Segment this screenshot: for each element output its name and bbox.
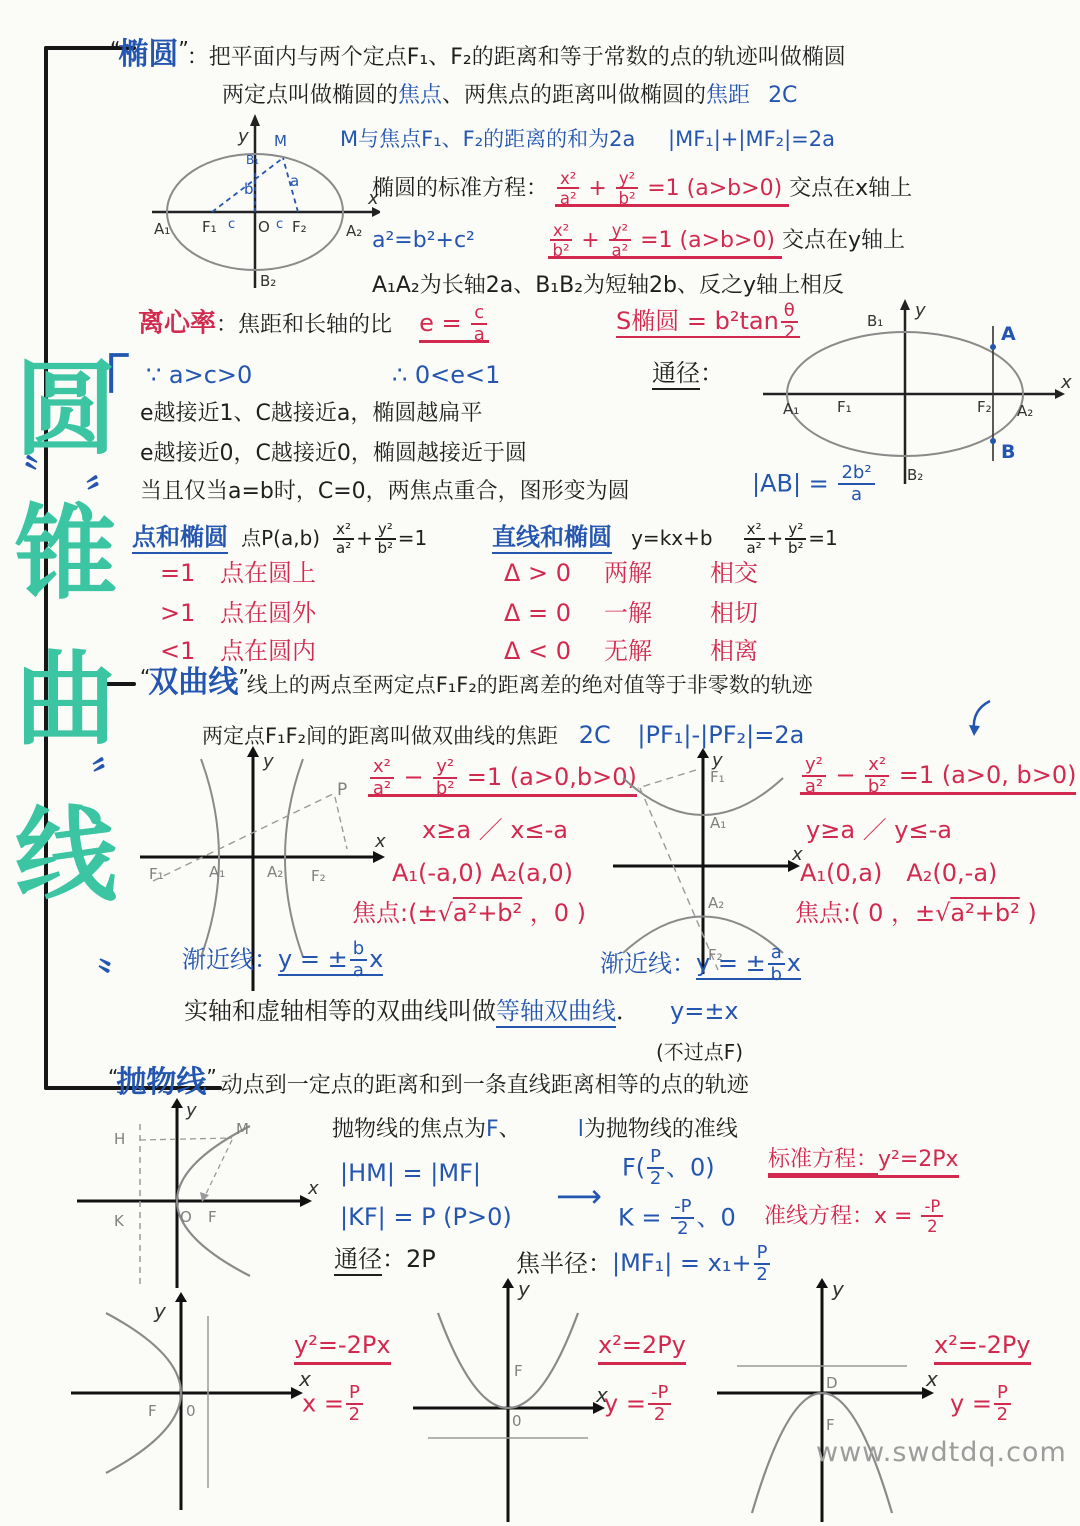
point-label-f: F [208, 1208, 217, 1226]
k-coordinates: K = -P2、0 [618, 1198, 736, 1239]
radicand: a²+b² [453, 899, 522, 927]
point-ellipse-row: <1点在圆内 [160, 636, 316, 666]
fraction: y²b² [433, 758, 457, 799]
m-text: M与焦点F₁、F₂的距离的和为2a [340, 127, 635, 151]
latus-colon: ： [700, 359, 724, 387]
discriminant: Δ = 0 [504, 598, 604, 628]
hyperbola-right-asymptote: 渐近线：y = ±abx [600, 944, 801, 985]
point-label-o: 0 [186, 1402, 196, 1420]
point-label-f2: F₂ [977, 398, 992, 416]
kf-eq: |KF| = P (P>0) [340, 1202, 512, 1232]
f-pre: F( [622, 1153, 645, 1181]
condition: =1 [160, 558, 220, 588]
segment-label-c1: c [228, 217, 235, 232]
line-ellipse-header: 直线和椭圆 y=kx+b x²a²+y²b²=1 [492, 522, 838, 557]
fraction: P2 [346, 1384, 363, 1425]
point-ellipse-header: 点和椭圆 点P(a,b) x²a²+y²b²=1 [132, 522, 427, 557]
condition: (a>b>0) [680, 228, 775, 253]
title-char-qu: 曲 [6, 650, 126, 752]
denominator: 2 [677, 1219, 688, 1239]
numerator: -P [921, 1198, 943, 1217]
point-label-a: A [1001, 323, 1016, 345]
directrix-label: 准线方程： [764, 1204, 874, 1229]
e-range-since: ∵ a>c>0 [146, 360, 252, 390]
asym-lhs: y = ± [696, 949, 766, 977]
hyperbola-left-eq: x²a² − y²b² =1 (a>0,b>0) [368, 758, 637, 799]
fraction: y²b² [785, 522, 806, 557]
hyperbola-left-asymptote: 渐近线：y = ±bax [182, 940, 383, 981]
eccentricity-formula: e = ca [419, 309, 489, 343]
denominator: b² [788, 540, 804, 557]
point-label-a1: A₁ [783, 400, 799, 418]
watermark: www.swdtdq.com [816, 1436, 1067, 1470]
axis-label-x: x [374, 831, 386, 852]
parabola-heading: 抛物线 [116, 1065, 206, 1100]
equal-axis-eq: y=±x [670, 997, 739, 1025]
equals-one: =1 [398, 526, 427, 550]
e-near-0-line: e越接近0，C越接近0，椭圆越接近于圆 [140, 440, 527, 468]
hyperbola-definition-1: 线上的两点至两定点F₁F₂的距离差的绝对值等于非零数的轨迹 [247, 673, 813, 697]
point-label-f: F [826, 1416, 835, 1434]
eq1-note: 交点在x轴上 [789, 176, 912, 201]
ellipse-second-eq-row: a²=b²+c² x²b² + y²a² =1 (a>b>0) 交点在y轴上 [372, 222, 905, 260]
segment-label-b: b [244, 180, 254, 198]
axis-label-y: y [711, 750, 723, 771]
left-opening-parabola-diagram: y F 0 x [66, 1288, 316, 1513]
point-label-a2: A₂ [708, 894, 724, 912]
fraction: x²a² [744, 522, 765, 557]
point-label-f: F [514, 1362, 523, 1380]
latus-rectum-diagram: B₁ A A₁ F₁ F₂ A₂ B B₂ y x [755, 296, 1075, 488]
focal-2c: 2C [579, 721, 611, 749]
e-lhs: e = [419, 309, 462, 337]
hyperbola-right-domain: y≥a ／ y≤-a [806, 815, 952, 845]
axis-label-y: y [153, 1299, 167, 1323]
equation: y²=-2Px [294, 1331, 391, 1365]
line-ellipse-eq: x²a²+y²b²=1 [742, 526, 838, 550]
solutions: 一解 [604, 598, 710, 628]
equals-one: =1 [647, 176, 679, 201]
curved-arrow-icon [962, 698, 996, 738]
fraction: ca [471, 304, 487, 345]
condition: (a>b>0) [687, 176, 782, 201]
asym-x: x [369, 945, 383, 973]
quote-close: ” [206, 1065, 214, 1089]
def2-2c: 2C [768, 83, 797, 108]
k-pre: K = [618, 1203, 669, 1231]
numerator: y² [609, 222, 631, 241]
point-ellipse-heading: 点和椭圆 [132, 523, 228, 554]
numerator: x² [370, 758, 394, 779]
denominator: a² [805, 777, 823, 797]
numerator: -P [671, 1198, 694, 1219]
fraction: y²a² [802, 756, 826, 797]
description: 点在圆内 [220, 637, 316, 665]
focus-label: 焦点: [795, 899, 851, 927]
implies-arrow-icon: ⟶ [556, 1176, 602, 1216]
denominator: b [770, 965, 781, 985]
ellipse-standard-eq-row: 椭圆的标准方程： x²a² + y²b² =1 (a>b>0) 交点在x轴上 [372, 170, 912, 208]
line-ellipse-heading: 直线和椭圆 [492, 523, 612, 554]
asym-lhs: y = ± [278, 945, 348, 973]
numerator: x² [557, 170, 579, 189]
focus-mid: 、 [499, 1117, 532, 1142]
parabola-focus-line: 抛物线的焦点为F、 l为抛物线的准线 [332, 1116, 738, 1144]
numerator: y² [375, 522, 396, 540]
discriminant: Δ < 0 [504, 636, 604, 666]
plus-sign: + [581, 228, 599, 253]
relation: 相切 [710, 599, 758, 627]
numerator: y² [802, 756, 826, 777]
quote-close: ” [178, 37, 186, 61]
fraction: y²a² [609, 222, 631, 260]
line-ellipse-row: Δ < 0无解相离 [504, 636, 758, 666]
line-ellipse-row: Δ > 0两解相交 [504, 558, 758, 588]
numerator: x² [865, 756, 889, 777]
dir-pre: y = [950, 1389, 992, 1417]
focal-radius-label: 焦半径： [516, 1249, 612, 1277]
def2-focus: 焦点 [398, 83, 442, 108]
denominator: a [851, 485, 862, 505]
title-quote-mark: 〟 [98, 930, 132, 979]
denominator: a [353, 961, 364, 981]
minus-sign: − [836, 761, 856, 789]
denominator: a² [373, 779, 391, 799]
axis-label-y: y [517, 1278, 531, 1301]
axis-label-y: y [831, 1278, 845, 1301]
pythagoras-eq: a²=b²+c² [372, 228, 475, 253]
focus-coordinates: F(P2、0) [622, 1148, 715, 1189]
difference-eq: |PF₁|-|PF₂|=2a [637, 721, 804, 749]
radius-pre: |MF₁| = x₁+ [612, 1249, 752, 1277]
std-label: 标准方程： [768, 1147, 878, 1175]
denominator: 2 [654, 1405, 665, 1425]
numerator: 2b² [838, 464, 874, 485]
numerator: -P [648, 1384, 671, 1405]
numerator: b [350, 940, 367, 961]
point-label-b1: B₁ [246, 153, 259, 167]
ellipse-definition-2: 两定点叫做椭圆的焦点、两焦点的距离叫做椭圆的焦距2C [222, 82, 797, 110]
denominator: b² [436, 779, 455, 799]
fraction: 2b²a [838, 464, 874, 505]
fraction: x²b² [865, 756, 889, 797]
hyperbola-left-vertices: A₁(-a,0) A₂(a,0) [392, 858, 573, 888]
plus-sign: + [588, 176, 606, 201]
denominator: b² [553, 241, 570, 259]
asymptote-label: 渐近线： [182, 945, 278, 973]
fraction: ba [350, 940, 367, 981]
eccentricity-heading: 离心率 [138, 308, 216, 338]
numerator: y² [433, 758, 457, 779]
ab-lhs: |AB| = [752, 469, 829, 497]
circle-degenerate-line: 当且仅当a=b时，C=0，两焦点重合，图形变为圆 [140, 478, 630, 506]
denominator: a² [560, 189, 577, 207]
eq2-note: 交点在y轴上 [782, 228, 905, 253]
asymptote-label: 渐近线： [600, 949, 696, 977]
handwritten-notes-page: 「 〝 〞 〞 〟 圆 锥 曲 线 “椭圆”：把平面内与两个定点F₁、F₂的距离… [0, 0, 1080, 1526]
point-label-o: O [180, 1208, 192, 1226]
bottom-directrix-1: x =P2 [302, 1384, 365, 1425]
ellipse-m-line: M与焦点F₁、F₂的距离的和为2a |MF₁|+|MF₂|=2a [340, 126, 835, 152]
bottom-eq-1: y²=-2Px [294, 1330, 391, 1360]
numerator: x² [550, 222, 572, 241]
point-label-b2: B₂ [260, 272, 276, 290]
description: 点在圆上 [220, 559, 316, 587]
denominator: a² [612, 241, 629, 259]
fraction: x²b² [550, 222, 572, 260]
hyperbola-right-vertices: A₁(0,a) A₂(0,-a) [800, 858, 997, 888]
def2-pre: 两定点叫做椭圆的 [222, 83, 398, 108]
equals-one: =1 [640, 228, 672, 253]
m-eq: |MF₁|+|MF₂|=2a [668, 127, 835, 151]
segment-label-c2: c [276, 217, 283, 232]
condition: >1 [160, 598, 220, 628]
point-label-p: P [337, 780, 347, 800]
focus-post: ) [1020, 899, 1037, 927]
fraction: -P2 [921, 1198, 943, 1236]
point-ellipse-row: >1点在圆外 [160, 598, 316, 628]
point-label-a1: A₁ [209, 863, 225, 881]
point-label-f2: F₂ [311, 867, 326, 885]
hyperbola-left-focus: 焦点:(±√a²+b² ，0 ) [352, 898, 586, 928]
parabola-definition: 动点到一定点的距离和到一条直线距离相等的点的轨迹 [221, 1073, 749, 1098]
relation: 相交 [710, 559, 758, 587]
point-label-m: M [236, 1120, 249, 1138]
focus-post: ，0 ) [522, 899, 586, 927]
point-label-a1: A₁ [710, 814, 726, 832]
numerator: x² [744, 522, 765, 540]
bottom-directrix-3: y =P2 [950, 1384, 1013, 1425]
hyperbola-left-domain: x≥a ／ x≤-a [422, 815, 568, 845]
point-label-f2: F₂ [292, 218, 307, 236]
numerator: y² [785, 522, 806, 540]
e-near-1-line: e越接近1、C越接近a，椭圆越扁平 [140, 400, 482, 428]
fraction: -P2 [648, 1384, 671, 1425]
denominator: 2 [650, 1169, 661, 1189]
denominator: 2 [927, 1217, 938, 1235]
directrix-eq-row: 准线方程：x = -P2 [764, 1198, 945, 1236]
equation: x²=2Py [598, 1331, 686, 1365]
denominator: b² [618, 189, 635, 207]
point-label-o: 0 [512, 1412, 522, 1430]
point-ellipse-row: =1点在圆上 [160, 558, 316, 588]
period: ． [616, 997, 640, 1025]
description: 点在圆外 [220, 599, 316, 627]
denominator: b² [868, 777, 887, 797]
axis-label-y: y [237, 126, 249, 147]
upward-parabola-diagram: y F 0 x [408, 1278, 608, 1526]
ellipse-heading: 椭圆 [118, 37, 178, 72]
parabola-latus-rectum: 通径：2P [334, 1244, 436, 1274]
bottom-eq-2: x²=2Py [598, 1330, 686, 1360]
equal-pre: 实轴和虚轴相等的双曲线叫做 [184, 997, 496, 1025]
solutions: 无解 [604, 636, 710, 666]
k-post: 、0 [696, 1203, 735, 1231]
colon: ： [187, 45, 209, 70]
condition: <1 [160, 636, 220, 666]
title-char-yuan: 圆 [6, 360, 126, 462]
hyperbola-heading-row: “双曲线”线上的两点至两定点F₁F₂的距离差的绝对值等于非零数的轨迹 [140, 664, 813, 702]
dx-pre: x = [874, 1204, 919, 1229]
point-label-b2: B₂ [907, 466, 923, 484]
focal-radius-eq: |MF₁| = x₁+P2 [612, 1249, 772, 1277]
hyperbola-right-eq: y²a² − x²b² =1 (a>0, b>0) [800, 756, 1076, 797]
rhs-condition: =1 (a>0, b>0) [899, 761, 1077, 789]
bottom-directrix-2: y =-P2 [604, 1384, 673, 1425]
radicand: a²+b² [950, 899, 1019, 927]
fraction: x²a² [557, 170, 579, 208]
numerator: P [346, 1384, 363, 1405]
focus-post: 为抛物线的准线 [584, 1117, 738, 1142]
ellipse-eq-y-axis: x²b² + y²a² =1 (a>b>0) [548, 228, 782, 259]
colon: ： [216, 312, 238, 337]
latus-rectum-label: 通径： [652, 358, 724, 388]
axis-label-y: y [185, 1100, 197, 1121]
parabola-focus-directrix-diagram: H M K O F y x [72, 1096, 322, 1291]
denominator: b² [378, 540, 394, 557]
fraction: P2 [647, 1148, 664, 1189]
point-ellipse-eq: x²a²+y²b²=1 [331, 526, 427, 550]
point-label-f1: F₁ [837, 398, 852, 416]
focus-pre: ( 0 ，±√ [851, 899, 950, 927]
axis-label-y: y [262, 751, 274, 772]
asymptote-eq: y = ±bax [278, 945, 383, 976]
def2-focal-distance: 焦距 [706, 83, 750, 108]
asym-x: x [787, 949, 801, 977]
latus-value: ：2P [382, 1245, 436, 1273]
denominator: 2 [997, 1405, 1008, 1425]
title-char-xian: 线 [6, 806, 126, 908]
numerator: P [647, 1148, 664, 1169]
standard-eq-row: 标准方程：y²=2Px [768, 1146, 959, 1174]
eccentricity-label: 焦距和长轴的比 [238, 312, 392, 337]
fraction: y²b² [616, 170, 638, 208]
plus-sign: + [356, 526, 373, 550]
dir-pre: x = [302, 1389, 344, 1417]
focus-pre: (±√ [408, 899, 453, 927]
denominator: 2 [349, 1405, 360, 1425]
axis-label-y: y [914, 300, 926, 321]
parabola-note: (不过点F) [656, 1040, 743, 1065]
equals-one: =1 [808, 526, 837, 550]
asymptote-eq: y = ±abx [696, 949, 801, 980]
ellipse-definition-1: 把平面内与两个定点F₁、F₂的距离和等于常数的点的轨迹叫做椭圆 [209, 45, 846, 70]
ellipse-eq-x-axis: x²a² + y²b² =1 (a>b>0) [555, 176, 789, 207]
numerator: c [471, 304, 487, 325]
point-label-m: M [274, 132, 287, 150]
axis-label-x: x [1060, 372, 1072, 393]
downward-parabola-diagram: y D F x [712, 1278, 942, 1526]
point-label-h: H [114, 1130, 125, 1148]
equation: x²=-2Py [934, 1331, 1031, 1365]
equal-axis-line: 实轴和虚轴相等的双曲线叫做等轴双曲线．y=±x [184, 996, 739, 1026]
numerator: P [994, 1384, 1011, 1405]
segment-label-a: a [290, 172, 299, 190]
point-label-f: F [148, 1402, 157, 1420]
denominator: a [474, 325, 485, 345]
fraction: -P2 [671, 1198, 694, 1239]
numerator: x² [333, 522, 354, 540]
numerator: y² [616, 170, 638, 189]
solutions: 两解 [604, 558, 710, 588]
dir-pre: y = [604, 1389, 646, 1417]
quote-close: ” [238, 665, 246, 689]
latus-word: 通径 [652, 359, 700, 390]
std-label: 椭圆的标准方程： [372, 176, 548, 201]
denominator: a² [336, 540, 351, 557]
hyperbola-heading: 双曲线 [148, 665, 238, 700]
numerator: P [754, 1244, 771, 1265]
point-label-f1: F₁ [202, 218, 217, 236]
point-label-a2: A₂ [346, 222, 362, 240]
latus-rectum-length: |AB| = 2b²a [752, 464, 877, 505]
focus-label: 焦点: [352, 899, 408, 927]
point-label-f1: F₁ [149, 865, 164, 883]
line-ellipse-row: Δ = 0一解相切 [504, 598, 758, 628]
fraction: x²a² [370, 758, 394, 799]
e-range-so: ∴ 0<e<1 [392, 360, 500, 390]
ellipse-heading-row: “椭圆”：把平面内与两个定点F₁、F₂的距离和等于常数的点的轨迹叫做椭圆 [110, 36, 846, 74]
latus-word: 通径 [334, 1245, 382, 1276]
def2-mid: 、两焦点的距离叫做椭圆的 [442, 83, 706, 108]
point-label-d: D [826, 1374, 838, 1392]
point-label-o: O [258, 218, 270, 236]
fraction: P2 [994, 1384, 1011, 1425]
plus-sign: + [767, 526, 784, 550]
focus-f: F [486, 1117, 499, 1142]
point-label-k: K [114, 1212, 125, 1230]
bottom-eq-3: x²=-2Py [934, 1330, 1031, 1360]
std-eq: y²=2Px [878, 1147, 959, 1172]
fraction: ab [768, 944, 785, 985]
line-eq: y=kx+b [631, 526, 712, 550]
focus-pre: 抛物线的焦点为 [332, 1117, 486, 1142]
numerator: a [768, 944, 785, 965]
relation: 相离 [710, 637, 758, 665]
point-label-a2: A₂ [1017, 402, 1033, 420]
point-label-a2: A₂ [267, 863, 283, 881]
f-post: 、0) [666, 1153, 715, 1181]
title-char-zhui: 锥 [6, 504, 126, 606]
point-label-a1: A₁ [154, 220, 170, 238]
discriminant: Δ > 0 [504, 558, 604, 588]
axis-label-x: x [925, 1367, 938, 1391]
fraction: x²a² [333, 522, 354, 557]
minus-sign: − [404, 763, 424, 791]
hm-mf-eq: |HM| = |MF| [340, 1158, 481, 1188]
eccentricity-row: 离心率：焦距和长轴的比 e = ca [138, 304, 489, 345]
point-label-b1: B₁ [867, 312, 883, 330]
fraction: y²b² [375, 522, 396, 557]
point-p: 点P(a,b) [241, 526, 320, 550]
equal-axis-term: 等轴双曲线 [496, 997, 616, 1028]
hyperbola-right-focus: 焦点:( 0 ，±√a²+b² ) [795, 898, 1037, 928]
denominator: a² [746, 540, 761, 557]
axis-label-x: x [307, 1178, 319, 1199]
point-label-b: B [1001, 441, 1015, 463]
